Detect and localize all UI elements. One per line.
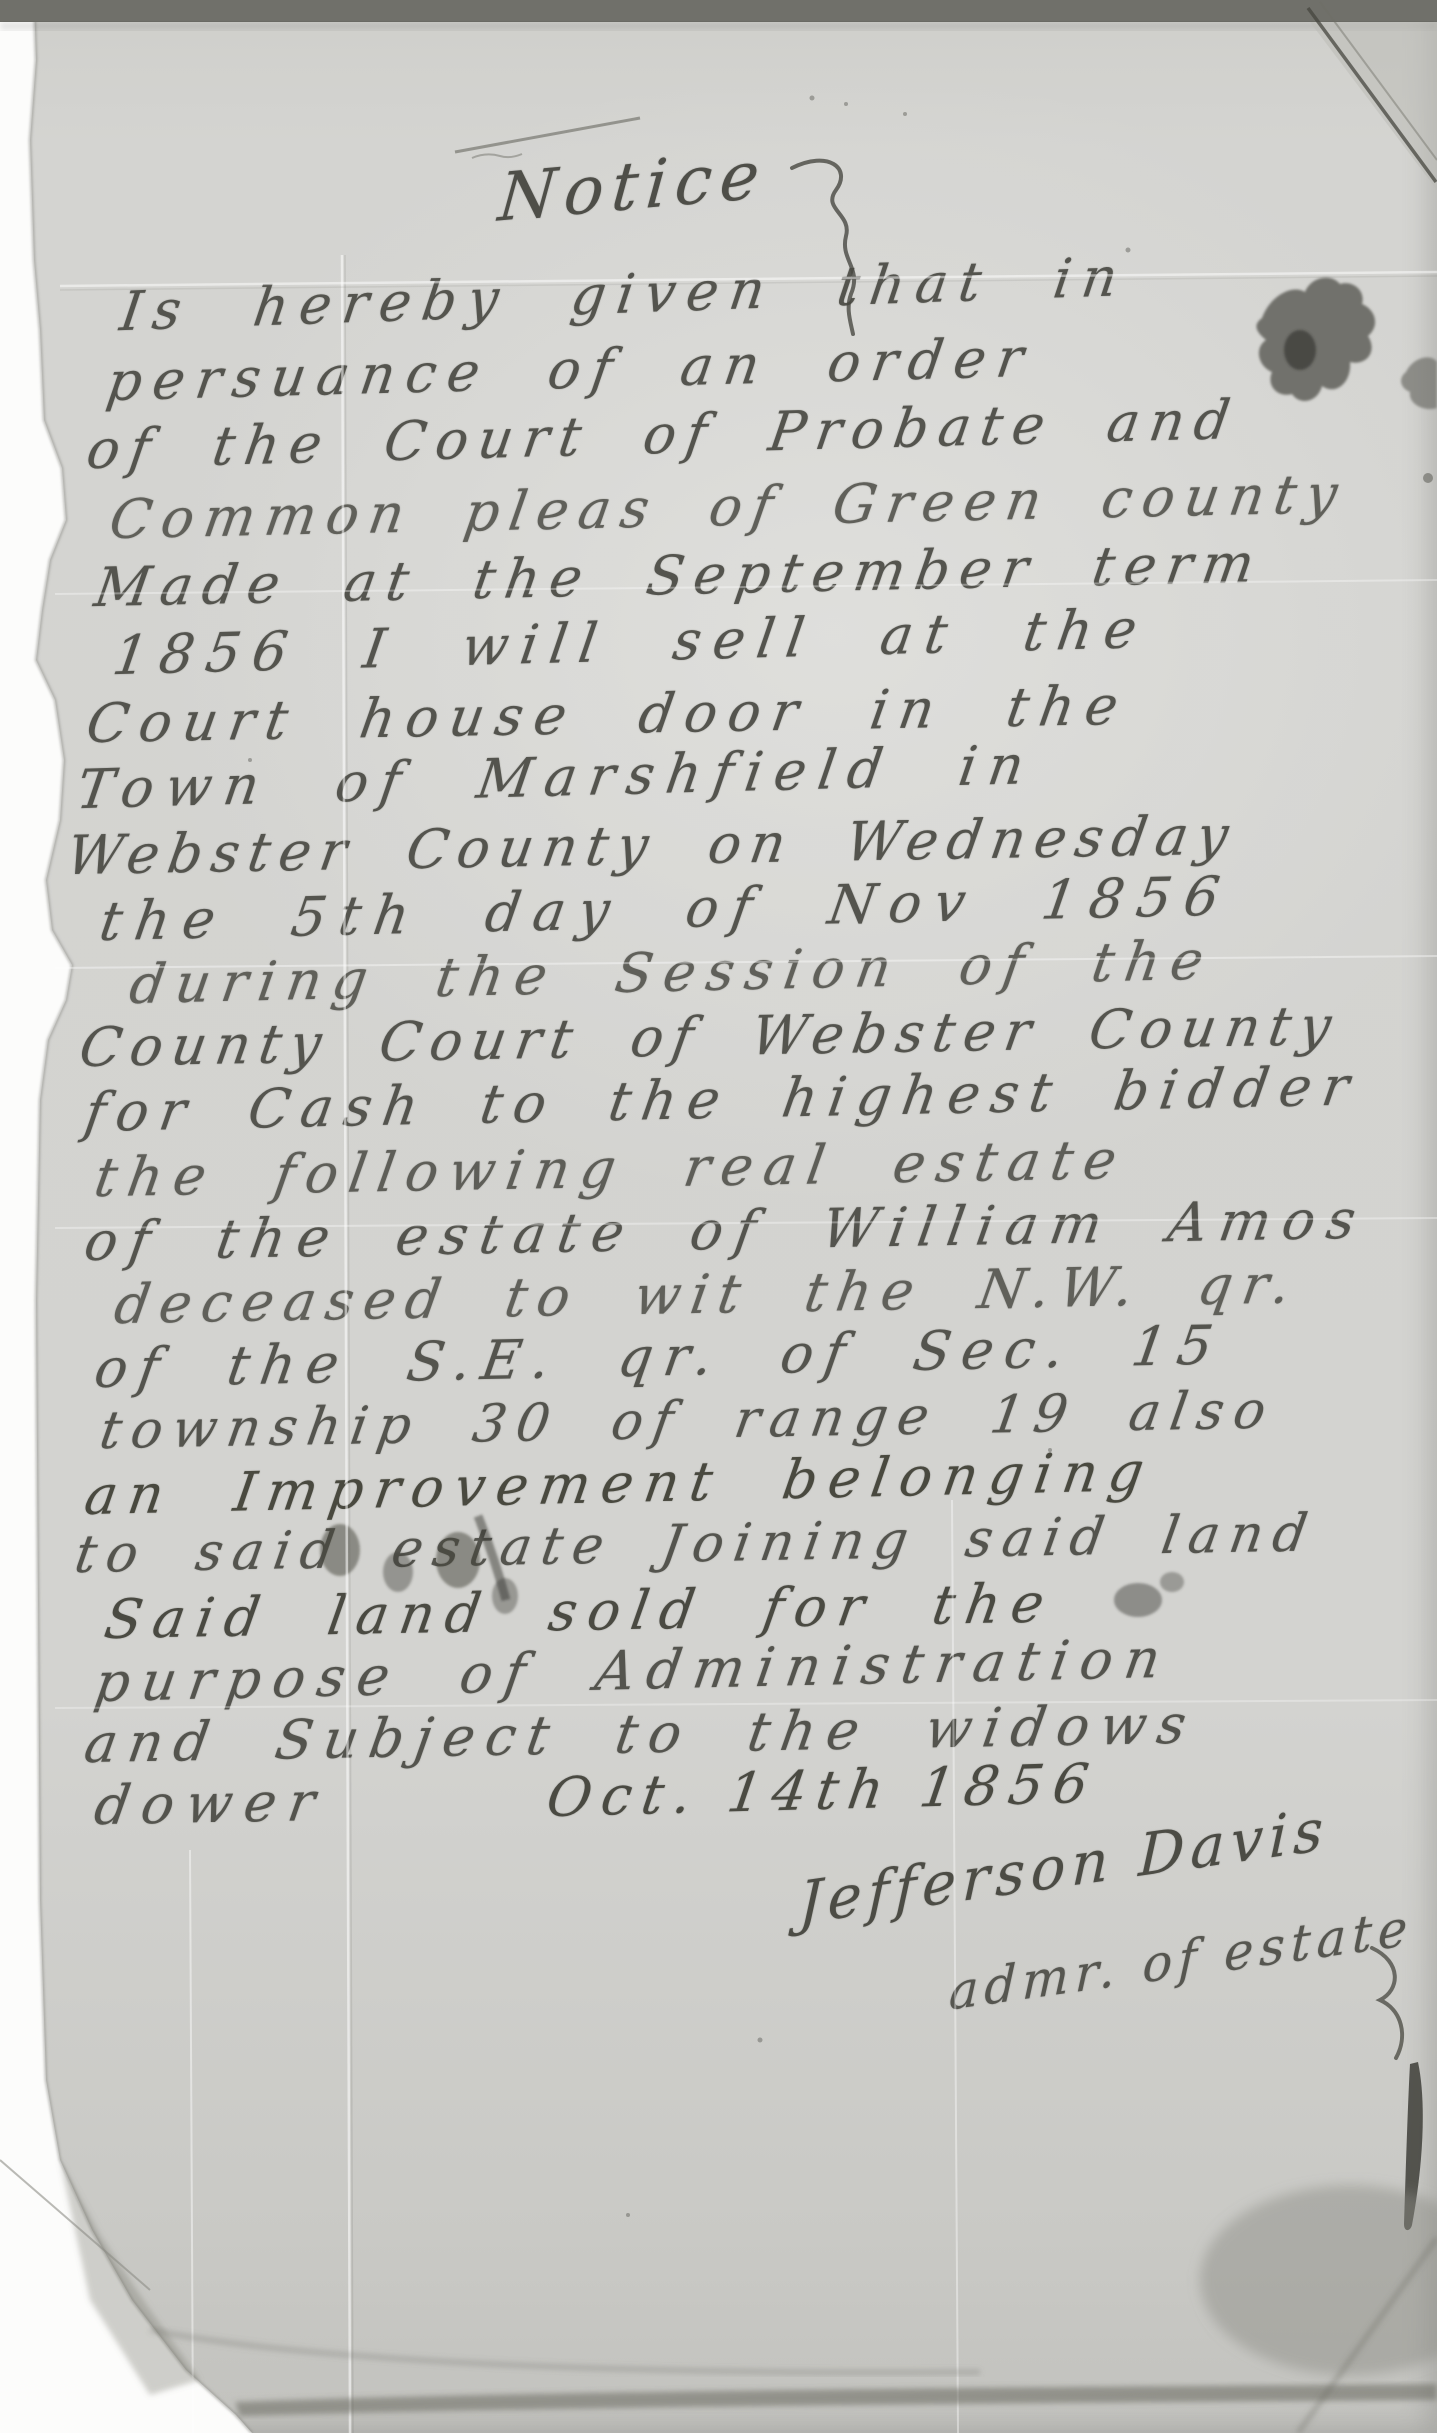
closing-date: Oct. 14th 1856 xyxy=(543,1754,1102,1828)
scanned-document-page: Notice Is hereby given that in persuance… xyxy=(0,0,1437,2433)
closing-word-dower: dower xyxy=(91,1772,331,1836)
